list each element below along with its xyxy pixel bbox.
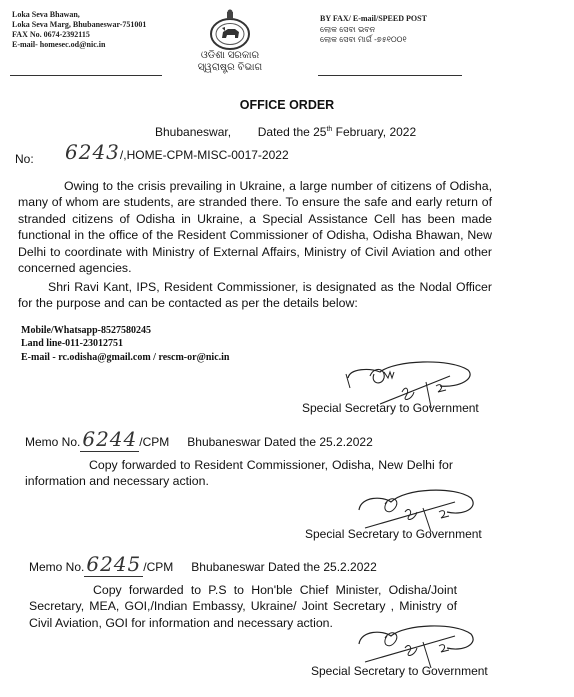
memo-suffix: /CPM [143,560,173,574]
address-line: Loka Seva Marg, Bhubaneswar-751001 [12,20,146,30]
header-divider-left [10,75,162,76]
address-line: Loka Seva Bhawan, [12,10,146,20]
order-date: Dated the 25th February, 2022 [258,125,416,139]
delivery-mode: BY FAX/ E-mail/SPEED POST [320,14,427,25]
order-paragraph-2: Shri Ravi Kant, IPS, Resident Commission… [18,279,492,312]
signature-icon [355,482,485,532]
govt-name-odia: ଓଡିଶା ସରକାର [185,50,275,62]
order-paragraph-1: Owing to the crisis prevailing in Ukrain… [18,178,492,276]
contact-mobile: Mobile/Whatsapp-8527580245 [21,324,230,337]
order-number-label: No: [15,152,65,166]
odisha-emblem-icon [208,8,252,52]
order-place: Bhubaneswar, [155,125,231,139]
memo-header: Memo No.6245/CPMBhubaneswar Dated the 25… [29,552,377,577]
order-dateline: Bhubaneswar, Dated the 25th February, 20… [155,125,416,139]
memo-dateline: Bhubaneswar Dated the 25.2.2022 [187,435,372,449]
signatory-title: Special Secretary to Government [302,401,479,415]
address-odia-line: ଲୋକ ସେବା ଭବନ [320,25,427,36]
signatory-title: Special Secretary to Government [311,664,488,678]
header-divider-right [318,75,462,76]
sender-address: Loka Seva Bhawan, Loka Seva Marg, Bhuban… [12,10,146,50]
document-title: OFFICE ORDER [0,98,574,112]
memo-number: 6244 [80,427,139,452]
memo-label: Memo No. [29,560,84,574]
contact-email: E-mail - rc.odisha@gmail.com / rescm-or@… [21,351,230,364]
memo-number: 6245 [84,552,143,577]
handwritten-number: 6243 [65,140,120,164]
order-number: No:6243/,HOME-CPM-MISC-0017-2022 [15,140,289,166]
memo-dateline: Bhubaneswar Dated the 25.2.2022 [191,560,376,574]
delivery-info: BY FAX/ E-mail/SPEED POST ଲୋକ ସେବା ଭବନ ଲ… [320,14,427,46]
address-line: E-mail- homesec.od@nic.in [12,40,146,50]
signature-icon [355,622,485,668]
memo-header: Memo No.6244/CPMBhubaneswar Dated the 25… [25,427,373,452]
memo-label: Memo No. [25,435,80,449]
dept-name-odia: ସ୍ୱରାଷ୍ଟ୍ର ବିଭାଗ [185,62,275,74]
signatory-title: Special Secretary to Government [305,527,482,541]
contact-landline: Land line-011-23012751 [21,337,230,350]
address-odia-line: ଲୋକ ସେବା ମାର୍ଗ -୭୫୧୦୦୧ [320,35,427,46]
department-name-odia: ଓଡିଶା ସରକାର ସ୍ୱରାଷ୍ଟ୍ର ବିଭାଗ [185,50,275,74]
memo-suffix: /CPM [139,435,169,449]
contact-details: Mobile/Whatsapp-8527580245 Land line-011… [21,324,230,364]
address-line: FAX No. 0674-2392115 [12,30,146,40]
order-reference: /,HOME-CPM-MISC-0017-2022 [120,148,289,162]
